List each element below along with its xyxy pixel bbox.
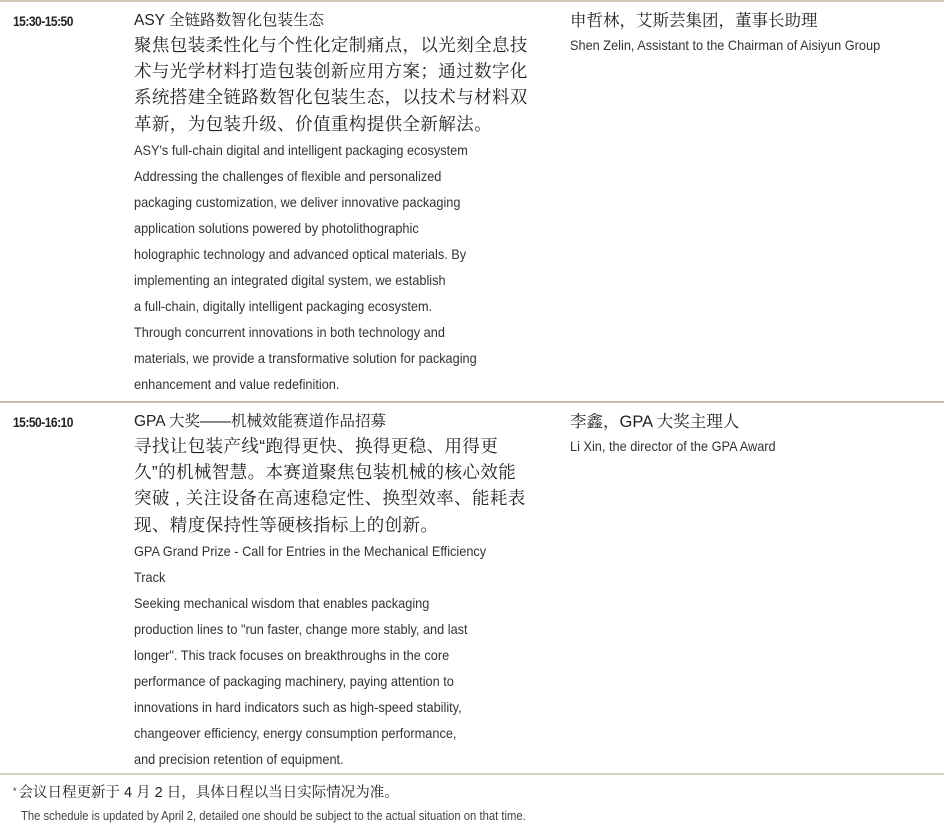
schedule-footnote: *会议日程更新于 4 月 2 日，具体日程以当日实际情况为准。 The sche… [0, 773, 944, 833]
topic-description-en-line: implementing an integrated digital syste… [134, 267, 534, 293]
topic-description-en-line: a full-chain, digitally intelligent pack… [134, 293, 534, 319]
session-topic: GPA 大奖——机械效能赛道作品招募 寻找让包装产线“跑得更快、换得更稳、用得更… [134, 411, 534, 772]
topic-description-en-line: packaging customization, we deliver inno… [134, 189, 534, 215]
topic-description-en-line: performance of packaging machinery, payi… [134, 668, 534, 694]
topic-description-cn: 聚焦包装柔性化与个性化定制痛点，以光刻全息技术与光学材料打造包装创新应用方案；通… [134, 32, 534, 137]
topic-title-cn: GPA 大奖——机械效能赛道作品招募 [134, 411, 534, 433]
topic-description-en-line: application solutions powered by photoli… [134, 215, 534, 241]
speaker-name-cn: 李鑫，GPA 大奖主理人 [570, 411, 940, 433]
agenda-table: 15:30-15:50 ASY 全链路数智化包装生态 聚焦包装柔性化与个性化定制… [0, 0, 944, 773]
footnote-cn: *会议日程更新于 4 月 2 日，具体日程以当日实际情况为准。 [13, 783, 399, 803]
topic-english: ASY's full-chain digital and intelligent… [134, 137, 534, 397]
topic-description-en-line: Through concurrent innovations in both t… [134, 319, 534, 345]
session-time: 15:30-15:50 [13, 10, 73, 32]
topic-description-en-line: and precision retention of equipment. [134, 746, 534, 772]
topic-title-en: ASY's full-chain digital and intelligent… [134, 137, 534, 163]
topic-title-en-line: Track [134, 564, 534, 590]
footnote-asterisk: * [13, 786, 17, 796]
agenda-row: 15:30-15:50 ASY 全链路数智化包装生态 聚焦包装柔性化与个性化定制… [0, 0, 944, 401]
speaker-name-cn: 申哲林，艾斯芸集团，董事长助理 [570, 10, 940, 32]
footnote-en: The schedule is updated by April 2, deta… [21, 807, 526, 825]
topic-description-en-line: changeover efficiency, energy consumptio… [134, 720, 534, 746]
topic-english: GPA Grand Prize - Call for Entries in th… [134, 538, 534, 772]
topic-description-en-line: Addressing the challenges of flexible an… [134, 163, 534, 189]
speaker-name-en: Shen Zelin, Assistant to the Chairman of… [570, 32, 907, 58]
footnote-cn-text: 会议日程更新于 4 月 2 日，具体日程以当日实际情况为准。 [19, 785, 399, 801]
topic-title-cn: ASY 全链路数智化包装生态 [134, 10, 534, 32]
topic-description-en-line: longer". This track focuses on breakthro… [134, 642, 534, 668]
session-time: 15:50-16:10 [13, 411, 73, 433]
topic-description-cn: 寻找让包装产线“跑得更快、换得更稳、用得更久”的机械智慧。本赛道聚焦包装机械的核… [134, 433, 534, 538]
topic-description-en-line: production lines to "run faster, change … [134, 616, 534, 642]
topic-description-en-line: materials, we provide a transformative s… [134, 345, 534, 371]
session-topic: ASY 全链路数智化包装生态 聚焦包装柔性化与个性化定制痛点，以光刻全息技术与光… [134, 10, 534, 397]
topic-title-en-line: GPA Grand Prize - Call for Entries in th… [134, 538, 534, 564]
topic-description-en-line: enhancement and value redefinition. [134, 371, 534, 397]
topic-description-en-line: holographic technology and advanced opti… [134, 241, 534, 267]
speaker-name-en: Li Xin, the director of the GPA Award [570, 433, 907, 459]
session-speaker: 申哲林，艾斯芸集团，董事长助理 Shen Zelin, Assistant to… [570, 10, 940, 58]
topic-description-en-line: innovations in hard indicators such as h… [134, 694, 534, 720]
agenda-row: 15:50-16:10 GPA 大奖——机械效能赛道作品招募 寻找让包装产线“跑… [0, 401, 944, 773]
topic-description-en-line: Seeking mechanical wisdom that enables p… [134, 590, 534, 616]
session-speaker: 李鑫，GPA 大奖主理人 Li Xin, the director of the… [570, 411, 940, 459]
